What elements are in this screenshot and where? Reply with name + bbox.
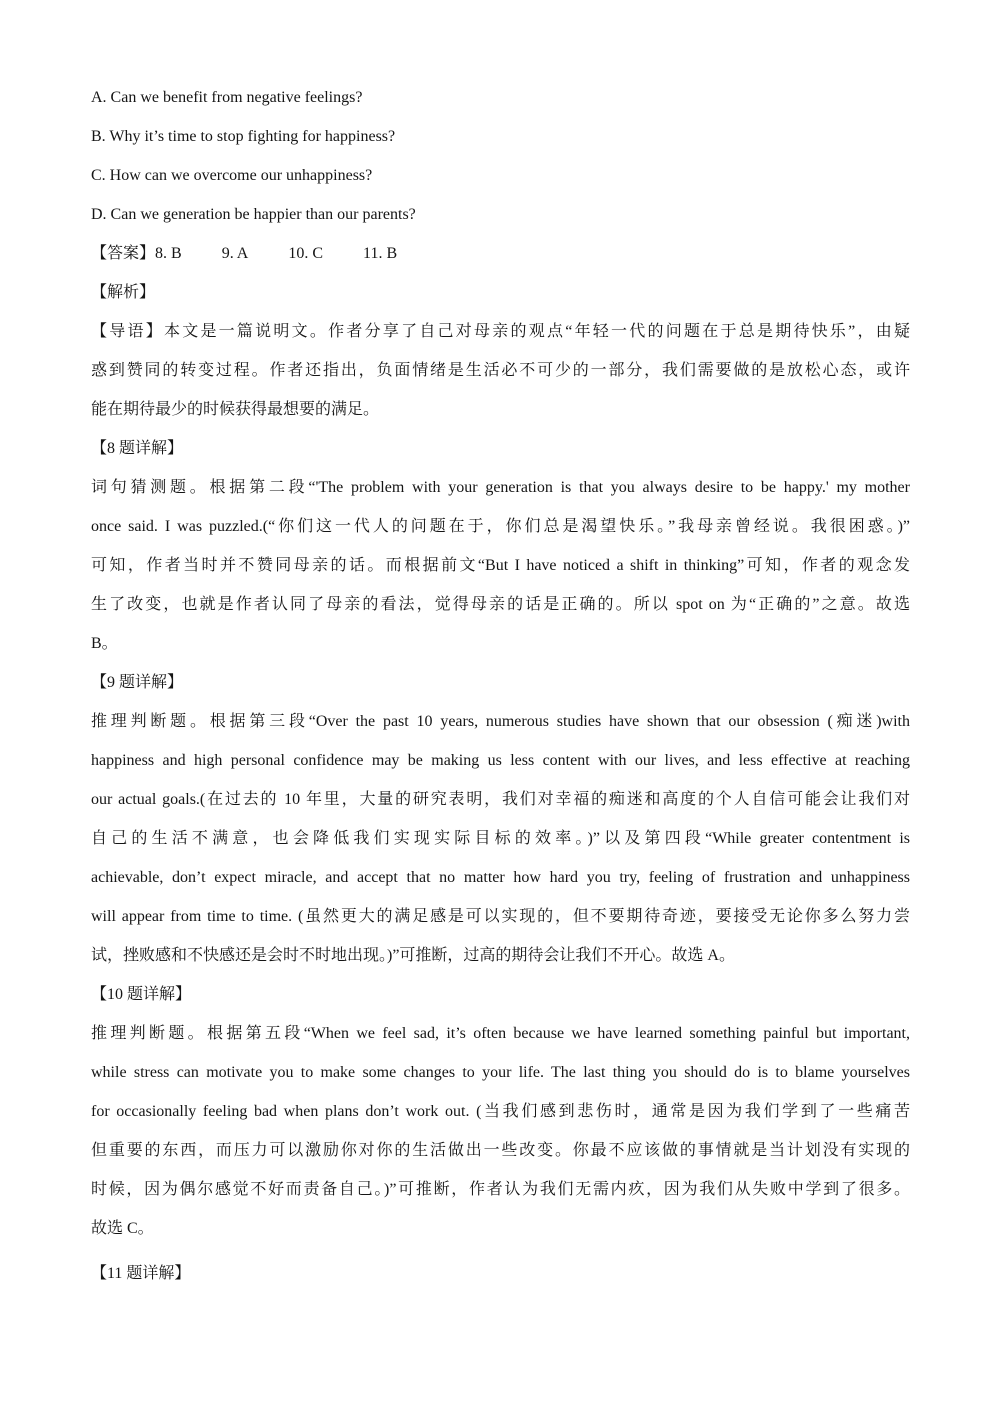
option-a: A. Can we benefit from negative feelings… [91, 78, 910, 117]
q9-explanation-line: achievable, don’t expect miracle, and ac… [91, 858, 910, 897]
q11-heading: 【11 题详解】 [91, 1254, 910, 1293]
answer-item: 9. A [222, 234, 249, 273]
q9-explanation-line: happiness and high personal confidence m… [91, 741, 910, 780]
analysis-heading: 【解析】 [91, 273, 910, 312]
q8-explanation-line: 生了改变，也就是作者认同了母亲的看法，觉得母亲的话是正确的。所以 spot on… [91, 585, 910, 624]
answer-item: 8. B [155, 234, 182, 273]
answer-item: 10. C [288, 234, 323, 273]
option-b: B. Why it’s time to stop fighting for ha… [91, 117, 910, 156]
intro-paragraph-line: 惑到赞同的转变过程。作者还指出，负面情绪是生活必不可少的一部分，我们需要做的是放… [91, 351, 910, 390]
q8-explanation-line: B。 [91, 624, 910, 663]
q9-explanation-line: our actual goals.(在过去的 10 年里，大量的研究表明，我们对… [91, 780, 910, 819]
q10-explanation: 推理判断题。根据第五段“When we feel sad, it’s often… [91, 1014, 910, 1248]
option-d: D. Can we generation be happier than our… [91, 195, 910, 234]
q8-explanation-line: once said. I was puzzled.(“你们这一代人的问题在于，你… [91, 507, 910, 546]
answer-key-line: 【答案】8. B9. A10. C11. B [91, 234, 910, 273]
q9-explanation-line: 自己的生活不满意，也会降低我们实现实际目标的效率。)”以及第四段“While g… [91, 819, 910, 858]
q9-explanation-line: 试，挫败感和不快感还是会时不时地出现。)”可推断，过高的期待会让我们不开心。故选… [91, 936, 910, 975]
answer-key-label: 【答案】 [91, 234, 155, 273]
q10-explanation-line: 推理判断题。根据第五段“When we feel sad, it’s often… [91, 1014, 910, 1053]
q8-heading: 【8 题详解】 [91, 429, 910, 468]
answer-key-document-page: A. Can we benefit from negative feelings… [0, 0, 1000, 1414]
q10-explanation-line: for occasionally feeling bad when plans … [91, 1092, 910, 1131]
q10-explanation-line: 时候，因为偶尔感觉不好而责备自己。)”可推断，作者认为我们无需内疚，因为我们从失… [91, 1170, 910, 1209]
q9-explanation-line: will appear from time to time. (虽然更大的满足感… [91, 897, 910, 936]
intro-paragraph-line: 【导语】本文是一篇说明文。作者分享了自己对母亲的观点“年轻一代的问题在于总是期待… [91, 312, 910, 351]
intro-paragraph-line: 能在期待最少的时候获得最想要的满足。 [91, 390, 910, 429]
q9-explanation-line: 推理判断题。根据第三段“Over the past 10 years, nume… [91, 702, 910, 741]
option-c: C. How can we overcome our unhappiness? [91, 156, 910, 195]
answer-item: 11. B [363, 234, 397, 273]
q10-explanation-line: 故选 C。 [91, 1209, 910, 1248]
q8-explanation-line: 可知，作者当时并不赞同母亲的话。而根据前文“But I have noticed… [91, 546, 910, 585]
intro-paragraph: 【导语】本文是一篇说明文。作者分享了自己对母亲的观点“年轻一代的问题在于总是期待… [91, 312, 910, 429]
q8-explanation: 词句猜测题。根据第二段“'The problem with your gener… [91, 468, 910, 663]
q10-heading: 【10 题详解】 [91, 975, 910, 1014]
q10-explanation-line: while stress can motivate you to make so… [91, 1053, 910, 1092]
q9-explanation: 推理判断题。根据第三段“Over the past 10 years, nume… [91, 702, 910, 975]
q8-explanation-line: 词句猜测题。根据第二段“'The problem with your gener… [91, 468, 910, 507]
q10-explanation-line: 但重要的东西，而压力可以激励你对你的生活做出一些改变。你最不应该做的事情就是当计… [91, 1131, 910, 1170]
q9-heading: 【9 题详解】 [91, 663, 910, 702]
